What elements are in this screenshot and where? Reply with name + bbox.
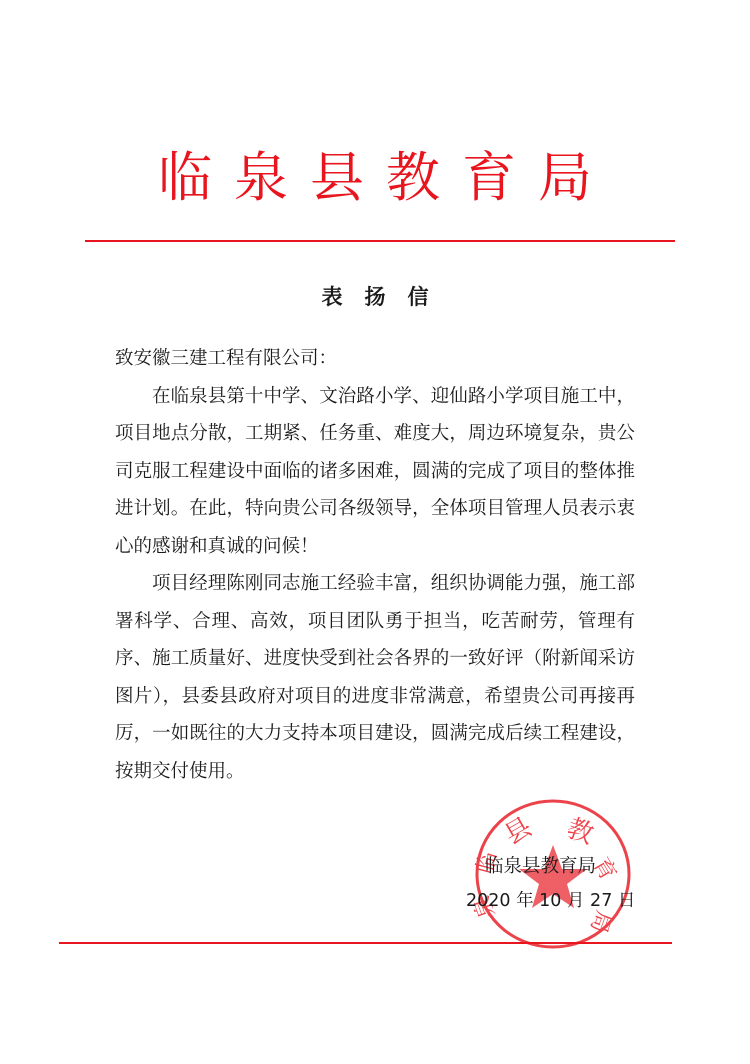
paragraph-1: 在临泉县第十中学、文治路小学、迎仙路小学项目施工中，项目地点分散，工期紧、任务重… <box>115 378 635 566</box>
salutation: 致安徽三建工程有限公司： <box>115 340 635 378</box>
letterhead-rule-top <box>85 240 675 242</box>
letter-body: 致安徽三建工程有限公司： 在临泉县第十中学、文治路小学、迎仙路小学项目施工中，项… <box>115 340 635 790</box>
svg-text:教: 教 <box>563 813 598 850</box>
letterhead-title: 临泉县教育局 <box>0 148 750 208</box>
signature-organization: 临泉县教育局 <box>485 852 596 878</box>
document-title: 表扬信 <box>0 281 750 311</box>
signature-date: 2020 年 10 月 27 日 <box>466 887 635 912</box>
paragraph-2: 项目经理陈刚同志施工经验丰富，组织协调能力强，施工部署科学、合理、高效，项目团队… <box>115 565 635 790</box>
footer-rule <box>59 942 472 944</box>
